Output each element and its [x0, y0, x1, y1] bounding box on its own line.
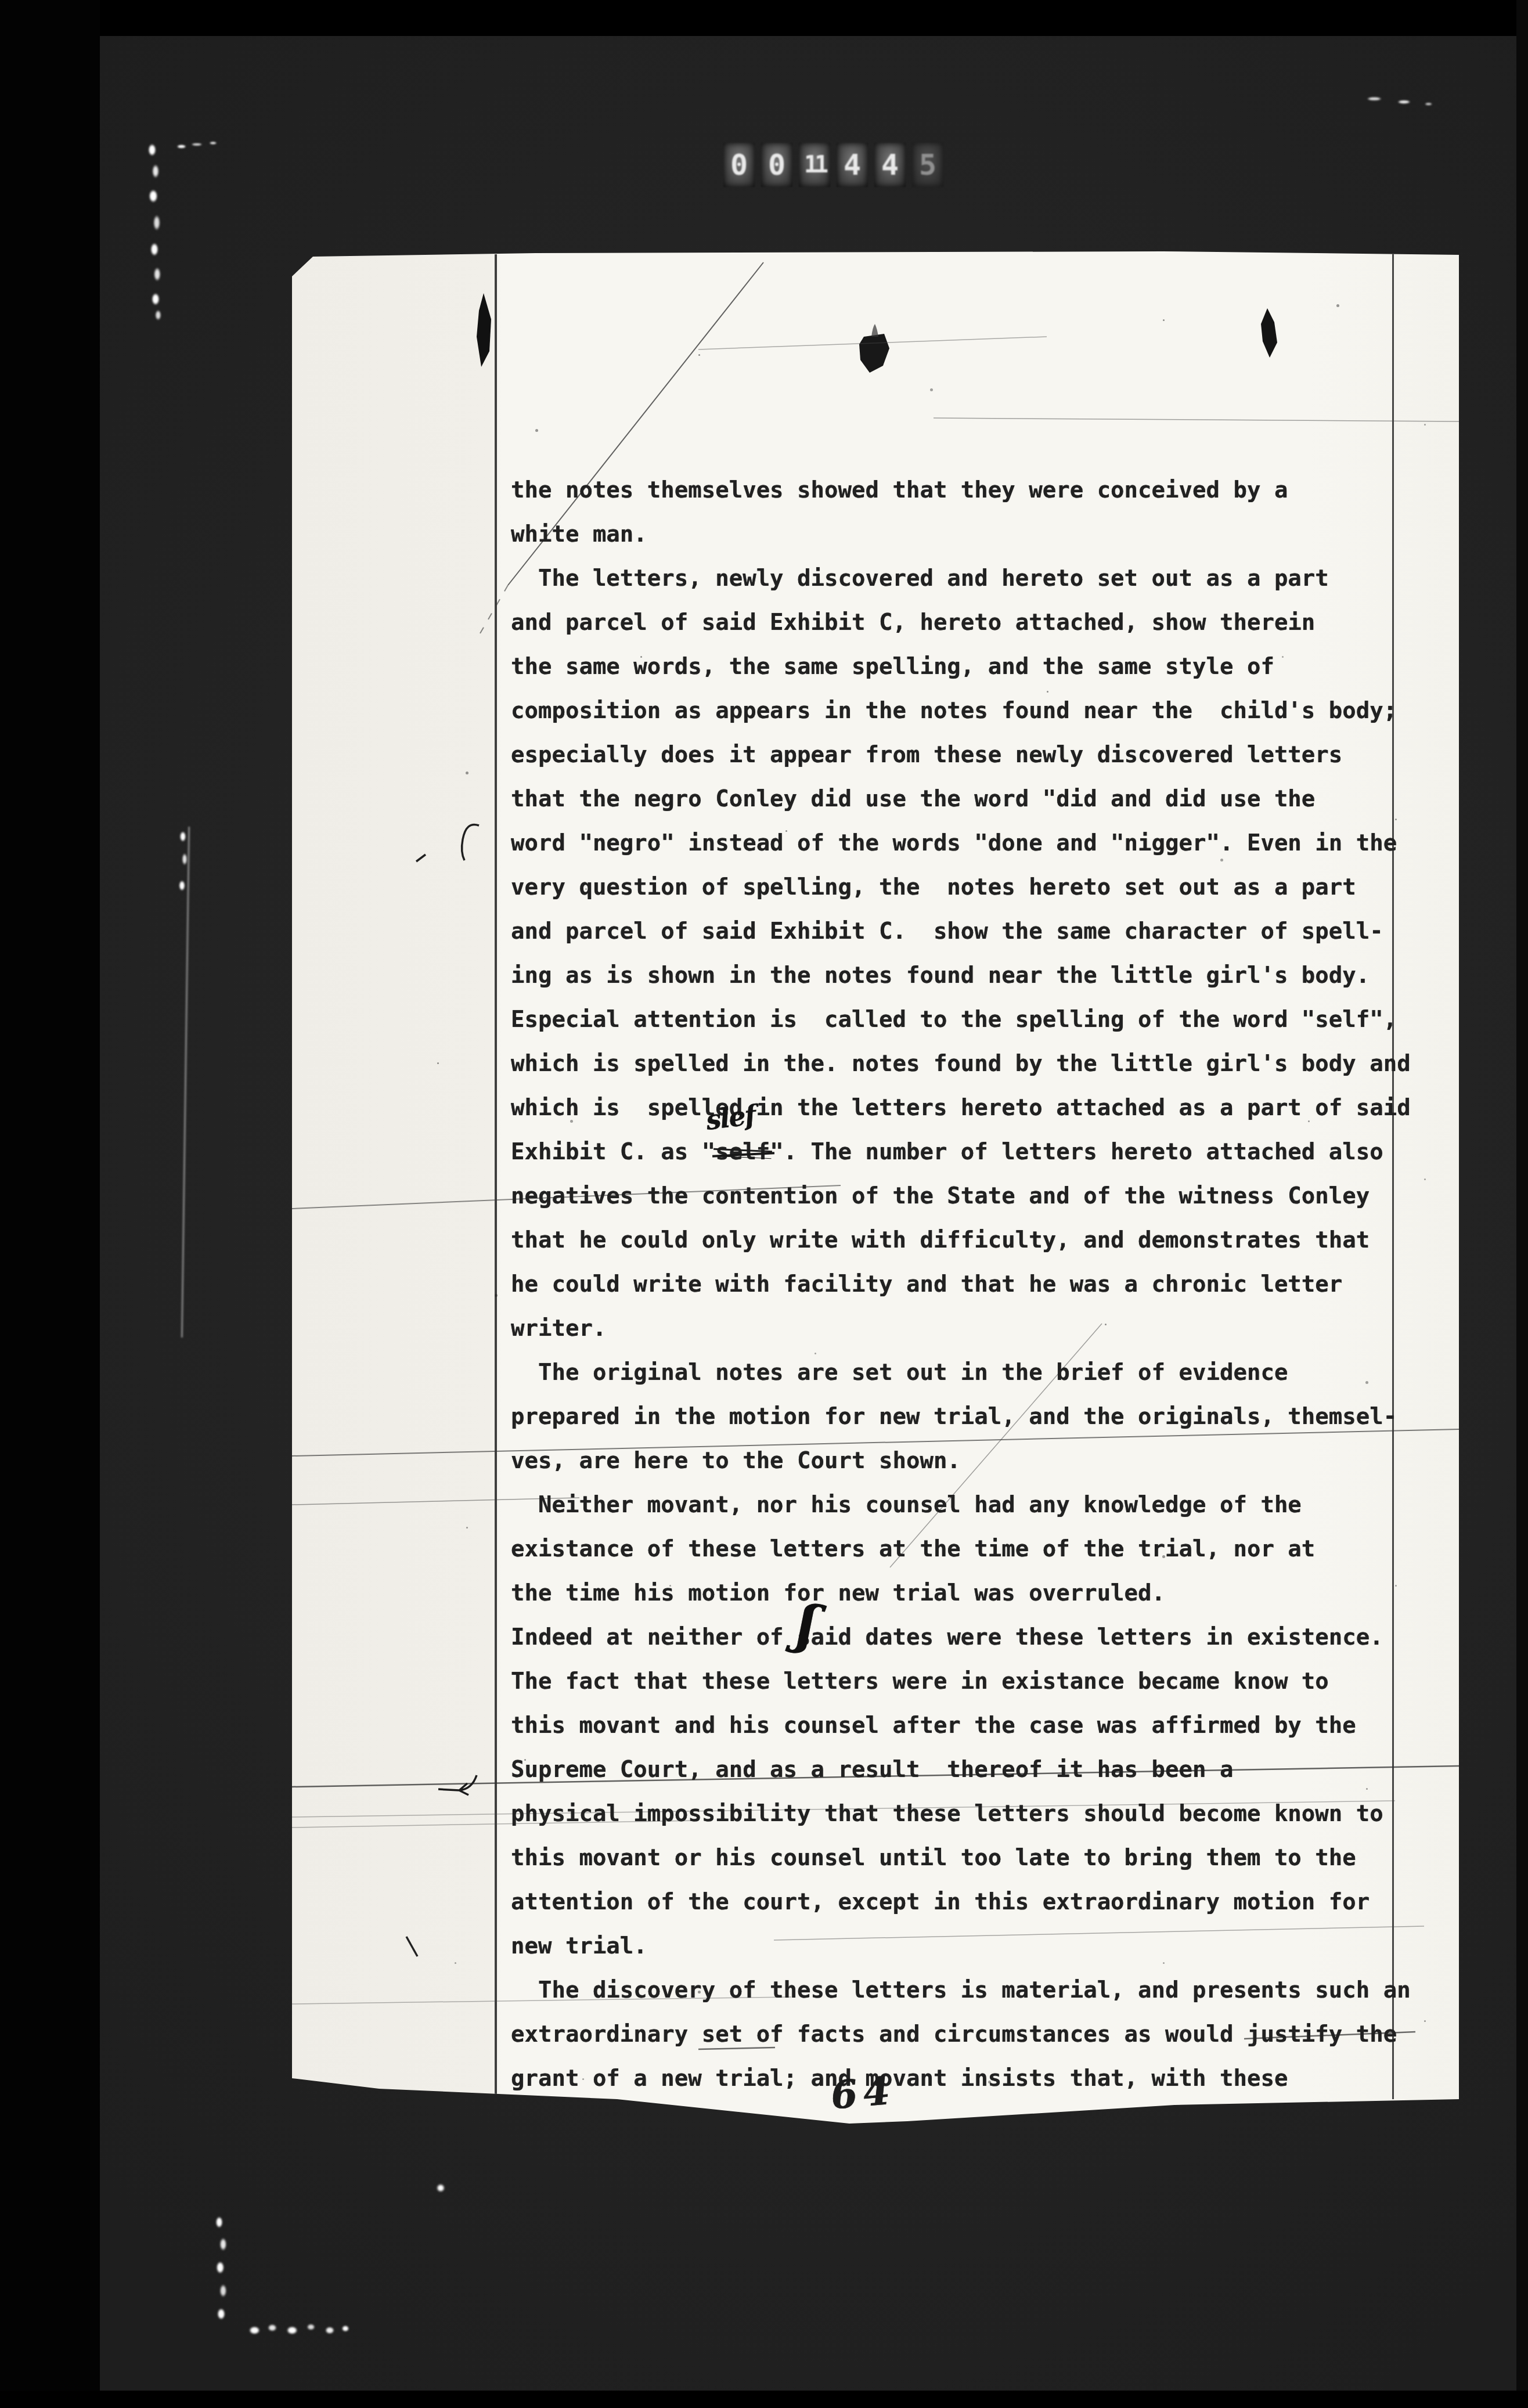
- film-edge-bottom: [0, 2391, 1528, 2408]
- frame-counter: 0 0 11 4 4 5: [723, 143, 943, 187]
- typed-line: Especial attention is called to the spel…: [511, 1007, 1397, 1036]
- ink-blob-tail: [871, 324, 878, 337]
- typed-line: very question of spelling, the notes her…: [511, 874, 1356, 903]
- typed-line: word "negro" instead of the words "done …: [511, 830, 1397, 859]
- scratch-horizontal: [934, 418, 1459, 421]
- struck-word: self: [715, 1139, 770, 1166]
- typed-line: Neither movant, nor his counsel had any …: [511, 1492, 1302, 1521]
- typed-line: that the negro Conley did use the word "…: [511, 786, 1315, 815]
- typed-line: this movant and his counsel after the ca…: [511, 1713, 1356, 1742]
- struck-word-wrap: selfslef: [715, 1139, 770, 1166]
- typed-line: and parcel of said Exhibit C. show the s…: [511, 918, 1383, 947]
- typed-line: ing as is shown in the notes found near …: [511, 963, 1370, 992]
- margin-tick-mark: [416, 855, 426, 861]
- margin-arrow-mark: [438, 1775, 477, 1795]
- film-edge-left: [0, 0, 100, 2408]
- left-margin-rule: [495, 254, 497, 2097]
- typed-line: The fact that these letters were in exis…: [511, 1668, 1329, 1697]
- scratch-diagonal-dashed: [478, 585, 508, 637]
- typed-line: the notes themselves showed that they we…: [511, 477, 1288, 506]
- typed-line: new trial.: [511, 1933, 647, 1962]
- typed-line: which is spelled in the letters hereto a…: [511, 1095, 1411, 1124]
- typed-line: especially does it appear from these new…: [511, 742, 1342, 771]
- typed-line: The discovery of these letters is materi…: [511, 1977, 1411, 2006]
- typed-line: the time his motion for new trial was ov…: [511, 1580, 1165, 1609]
- typed-line-with-correction: Exhibit C. as "selfslef". The number of …: [511, 1139, 1383, 1168]
- handwritten-page-number: 64: [829, 2071, 897, 2114]
- typed-line: and parcel of said Exhibit C, hereto att…: [511, 610, 1315, 639]
- frame-digit: 4: [837, 143, 868, 187]
- microfilm-scan: { "meta": { "description": "Microfilm sc…: [0, 0, 1528, 2408]
- frame-digit: 11: [799, 143, 830, 187]
- typed-line: physical impossibility that these letter…: [511, 1801, 1383, 1830]
- frame-digit: 0: [761, 143, 792, 187]
- film-edge-right: [1516, 0, 1528, 2408]
- typed-line: composition as appears in the notes foun…: [511, 698, 1397, 727]
- frame-digit: 0: [723, 143, 755, 187]
- typed-line: that he could only write with difficulty…: [511, 1227, 1370, 1256]
- ink-blob: [1261, 308, 1277, 358]
- typed-line: which is spelled in the. notes found by …: [511, 1051, 1411, 1080]
- right-margin-rule: [1392, 253, 1394, 2099]
- typed-line: existance of these letters at the time o…: [511, 1536, 1315, 1565]
- line-pre: Indeed at neither of: [511, 1624, 797, 1650]
- line-pre: Exhibit C. as ": [511, 1139, 715, 1165]
- document-page: the notes themselves showed that they we…: [292, 250, 1459, 2131]
- typed-line: he could write with facility and that he…: [511, 1271, 1342, 1300]
- typed-line: Supreme Court, and as a result thereof i…: [511, 1757, 1233, 1786]
- handwritten-slef: slef: [705, 1101, 756, 1134]
- typed-line: negatives the contention of the State an…: [511, 1183, 1370, 1212]
- frame-digit: 4: [874, 143, 906, 187]
- line-post: dates were these letters in existence.: [852, 1624, 1383, 1650]
- typed-line: The original notes are set out in the br…: [511, 1360, 1288, 1389]
- typed-line: white man.: [511, 521, 647, 550]
- film-edge-top: [0, 0, 1528, 36]
- typed-line: prepared in the motion for new trial, an…: [511, 1404, 1397, 1433]
- line-post: ". The number of letters hereto attached…: [770, 1139, 1383, 1165]
- typed-line: this movant or his counsel until too lat…: [511, 1845, 1356, 1874]
- frame-digit: 5: [912, 143, 943, 187]
- ink-blob: [859, 334, 889, 373]
- typed-line: grant of a new trial; and movant insists…: [511, 2065, 1288, 2095]
- ink-blob: [477, 293, 491, 367]
- typed-line: attention of the court, except in this e…: [511, 1889, 1370, 1918]
- annotated-word-wrap: saidʃ: [797, 1624, 852, 1651]
- typed-line: writer.: [511, 1315, 606, 1344]
- scratch-horizontal: [774, 1926, 1424, 1940]
- margin-check-mark: [462, 824, 479, 860]
- typed-line-with-annotation: Indeed at neither of saidʃ dates were th…: [511, 1624, 1383, 1653]
- typed-line: the same words, the same spelling, and t…: [511, 654, 1274, 683]
- margin-backslash-mark: [406, 1937, 417, 1956]
- typed-line: The letters, newly discovered and hereto…: [511, 565, 1329, 594]
- typed-line: extraordinary set of facts and circumsta…: [511, 2021, 1397, 2050]
- typed-line: ves, are here to the Court shown.: [511, 1448, 961, 1477]
- scratch-horizontal: [698, 337, 1047, 349]
